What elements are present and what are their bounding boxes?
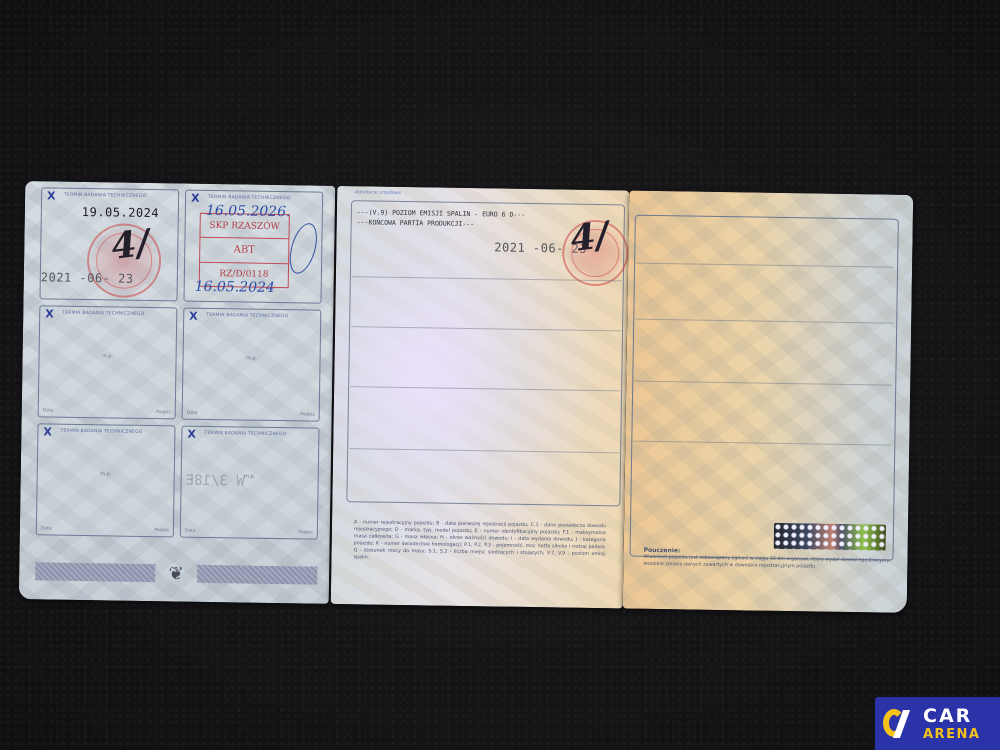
handwritten-signature-oval — [285, 220, 322, 277]
signature-label: Podpis — [156, 410, 171, 415]
signature-label: Podpis — [154, 528, 169, 533]
inspection-cell-1: X Termin badania technicznego 19.05.2024… — [39, 187, 179, 301]
field-legend-fine-print: A - numer rejestracyjny pojazdu; B - dat… — [353, 519, 606, 565]
cell-header: Termin badania technicznego — [64, 193, 146, 199]
x-mark-icon: X — [43, 425, 52, 438]
signature: 4/ — [568, 214, 611, 260]
x-mark-icon: X — [45, 307, 54, 320]
stamp-date: 2021 -06- 23 — [41, 270, 134, 285]
annotations-header: Adnotacje urzędowe — [355, 190, 401, 196]
x-mark-icon: X — [191, 192, 200, 205]
guilloche-band-left — [35, 562, 155, 582]
registration-document: X Termin badania technicznego 19.05.2024… — [19, 181, 913, 613]
car-arena-logo: CAR ARENA — [875, 697, 1000, 750]
seal-placeholder: m.p. — [246, 356, 257, 362]
inspection-cell-3: X Termin badania technicznego m.p. Data … — [38, 305, 178, 419]
signature-label: Podpis — [300, 412, 315, 417]
inspection-due-date: 19.05.2024 — [82, 205, 159, 220]
seal-placeholder: m.p. — [102, 353, 113, 359]
cell-header: Termin badania technicznego — [60, 429, 142, 435]
signature: 4/ — [109, 222, 152, 268]
right-page-notice: Pouczenie: Właściciel pojazdu jest zobow… — [623, 191, 914, 613]
car-arena-logo-icon — [883, 707, 917, 741]
seal-placeholder: m.p. — [100, 471, 111, 477]
cell-header: Termin badania technicznego — [204, 431, 286, 437]
x-mark-icon: X — [47, 189, 56, 202]
handwritten-next-date: 16.05.2026. — [206, 203, 291, 220]
signature-label: Podpis — [298, 530, 313, 535]
seal-placeholder: m.p. — [244, 474, 255, 480]
logo-text-car: CAR — [923, 707, 980, 726]
inspection-cell-6: X Termin badania technicznego m.p. W 3/1… — [180, 426, 320, 540]
inspection-cell-4: X Termin badania technicznego m.p. Data … — [182, 308, 322, 422]
x-mark-icon: X — [187, 428, 196, 441]
security-hologram — [774, 523, 886, 551]
date-label: Data — [185, 529, 196, 534]
date-label: Data — [43, 408, 54, 413]
x-mark-icon: X — [189, 310, 198, 323]
date-label: Data — [187, 411, 198, 416]
cell-header: Termin badania technicznego — [208, 195, 290, 201]
cell-header: Termin badania technicznego — [62, 311, 144, 317]
guilloche-band-right — [197, 565, 317, 585]
inspection-cell-5: X Termin badania technicznego m.p. Data … — [36, 423, 176, 537]
cell-header: Termin badania technicznego — [206, 313, 288, 319]
notice-text: Właściciel pojazdu jest zobowiązany zgło… — [643, 554, 893, 572]
polish-eagle-icon: ❦ — [161, 563, 191, 584]
security-banner: ❦ — [35, 561, 317, 585]
left-page-inspections: X Termin badania technicznego 19.05.2024… — [19, 181, 336, 604]
logo-text-arena: ARENA — [923, 728, 980, 741]
date-label: Data — [41, 526, 52, 531]
inspection-grid: X Termin badania technicznego 19.05.2024… — [36, 187, 323, 539]
owner-notice: Pouczenie: Właściciel pojazdu jest zobow… — [643, 547, 893, 572]
skp-station-stamp: SKP RZASZÓW ABT RZ/D/0118 — [199, 213, 290, 288]
show-through-text: W 3/18E — [186, 473, 245, 490]
handwritten-inspection-date: 16.05.2024 — [195, 279, 275, 296]
middle-page-annotations: Adnotacje urzędowe ---(V.9) POZIOM EMISJ… — [331, 186, 630, 609]
stamp-code: ABT — [200, 238, 288, 264]
inspection-cell-2: X Termin badania technicznego SKP RZASZÓ… — [183, 190, 323, 304]
